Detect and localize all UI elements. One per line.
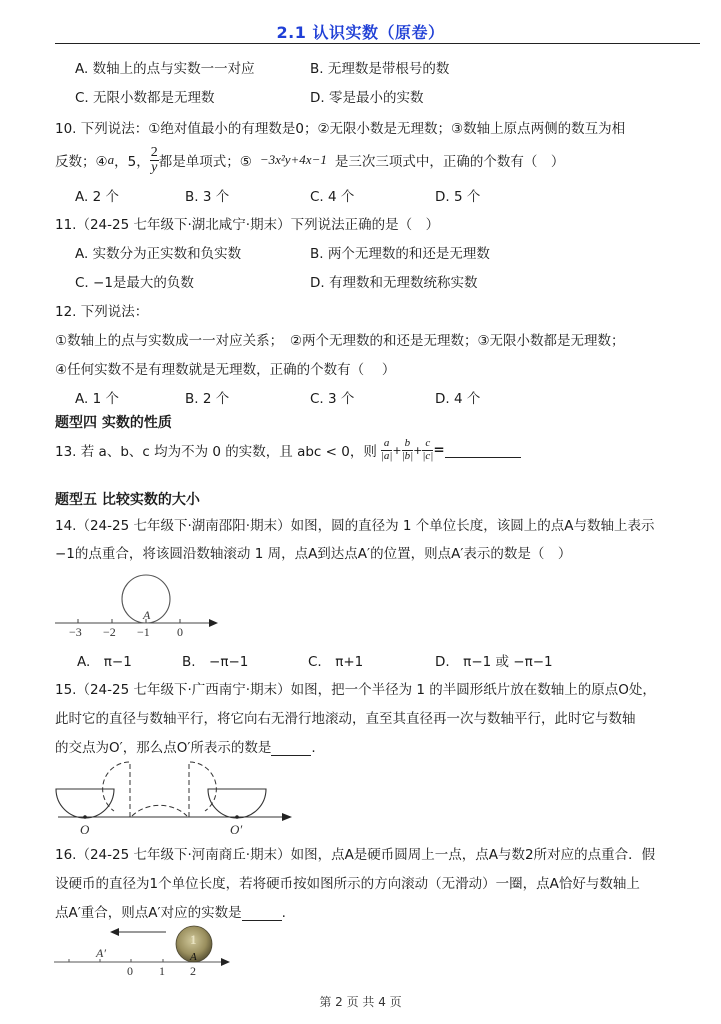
section-heading-4: 题型四 实数的性质 bbox=[55, 412, 172, 432]
q10-text-d: 是三次三项式中，正确的个数有（ ） bbox=[335, 150, 565, 170]
q10-fraction: 2 y bbox=[150, 146, 159, 175]
svg-text:A′: A′ bbox=[95, 946, 106, 960]
q13-text: 13. 若 a、b、c 均为不为 0 的实数，且 abc < 0，则 bbox=[55, 440, 377, 460]
q15-answer-blank[interactable] bbox=[271, 741, 311, 756]
arrow-icon bbox=[221, 958, 230, 966]
svg-text:−1: −1 bbox=[137, 625, 150, 639]
q12-option-c: C. 3 个 bbox=[310, 387, 354, 407]
q9-option-b: B. 无理数是带根号的数 bbox=[310, 57, 449, 77]
header-divider bbox=[55, 43, 700, 44]
q16-line1: 16.（24-25 七年级下·河南商丘·期末）如图，点A是硬币圆周上一点，点A与… bbox=[55, 843, 655, 863]
q15-line2: 此时它的直径与数轴平行，将它向右无滑行地滚动，直至其直径再一次与数轴平行，此时它… bbox=[55, 707, 636, 727]
q11-option-a: A. 实数分为正实数和负实数 bbox=[75, 242, 241, 262]
q14-number-line-figure: −3 −2 −1 0 A bbox=[50, 572, 230, 640]
q9-option-d: D. 零是最小的实数 bbox=[310, 86, 423, 106]
q10-option-b: B. 3 个 bbox=[185, 185, 229, 205]
q14-option-b: B. −π−1 bbox=[182, 650, 248, 670]
svg-text:−3: −3 bbox=[69, 625, 82, 639]
q12-line3: ④任何实数不是有理数就是无理数，正确的个数有（ ） bbox=[55, 358, 395, 378]
q12-line2: ①数轴上的点与实数成一一对应关系； ②两个无理数的和还是无理数；③无限小数都是无… bbox=[55, 329, 625, 349]
arrow-icon bbox=[282, 813, 292, 821]
q10-text-b: ，5， bbox=[114, 150, 150, 170]
q10-text-c: 都是单项式；⑤ bbox=[159, 150, 252, 170]
svg-text:O′: O′ bbox=[230, 822, 242, 836]
q16-coin-figure: 1 A′ A 0 1 2 bbox=[52, 922, 237, 977]
q13-fraction-c: c |c| bbox=[422, 438, 433, 462]
q15-semicircle-figure: O O′ bbox=[52, 758, 292, 836]
q10-option-d: D. 5 个 bbox=[435, 185, 480, 205]
q13-fraction-b: b |b| bbox=[402, 438, 414, 462]
q13-answer-blank[interactable] bbox=[445, 443, 521, 458]
q14-line1: 14.（24-25 七年级下·湖南邵阳·期末）如图，圆的直径为 1 个单位长度，… bbox=[55, 514, 654, 534]
q14-option-a: A. π−1 bbox=[77, 650, 132, 670]
q11-option-c: C. −1是最大的负数 bbox=[75, 271, 194, 291]
svg-text:−2: −2 bbox=[103, 625, 116, 639]
q11-option-b: B. 两个无理数的和还是无理数 bbox=[310, 242, 490, 262]
q10-line2: 反数；④ a ，5， 2 y 都是单项式；⑤ −3x²y+4x−1 是三次三项式… bbox=[55, 142, 564, 178]
arrow-icon bbox=[209, 619, 218, 627]
q12-option-d: D. 4 个 bbox=[435, 387, 480, 407]
q10-text-a: 反数；④ bbox=[55, 150, 108, 170]
q10-option-c: C. 4 个 bbox=[310, 185, 354, 205]
q13-fraction-a: a |a| bbox=[381, 438, 393, 462]
q14-option-d: D. π−1 或 −π−1 bbox=[435, 650, 553, 670]
document-title: 2.1 认识实数（原卷） bbox=[0, 20, 721, 43]
q10-expression: −3x²y+4x−1 bbox=[260, 152, 327, 168]
q16-line3: 点A′重合，则点A′对应的实数是 . bbox=[55, 901, 286, 921]
q14-option-c: C. π+1 bbox=[308, 650, 363, 670]
q16-answer-blank[interactable] bbox=[242, 906, 282, 921]
q12-line1: 12. 下列说法： bbox=[55, 300, 148, 320]
svg-text:A: A bbox=[189, 951, 197, 963]
svg-text:2: 2 bbox=[190, 964, 196, 977]
q9-option-c: C. 无限小数都是无理数 bbox=[75, 86, 215, 106]
section-heading-5: 题型五 比较实数的大小 bbox=[55, 489, 200, 509]
q16-line2: 设硬币的直径为1个单位长度，若将硬币按如图所示的方向滚动（无滑动）一圈，点A恰好… bbox=[55, 872, 640, 892]
q10-option-a: A. 2 个 bbox=[75, 185, 119, 205]
q13-line: 13. 若 a、b、c 均为不为 0 的实数，且 abc < 0，则 a |a|… bbox=[55, 432, 521, 468]
svg-text:0: 0 bbox=[177, 625, 183, 639]
q14-line2: −1的点重合，将该圆沿数轴滚动 1 周，点A到达点A′的位置，则点A′表示的数是… bbox=[55, 542, 571, 562]
svg-text:1: 1 bbox=[159, 964, 165, 977]
q12-option-a: A. 1 个 bbox=[75, 387, 119, 407]
svg-text:1: 1 bbox=[190, 932, 197, 947]
page-number: 第 2 页 共 4 页 bbox=[0, 993, 721, 1010]
svg-text:O: O bbox=[80, 822, 90, 836]
q11-line1: 11.（24-25 七年级下·湖北咸宁·期末）下列说法正确的是（ ） bbox=[55, 213, 439, 233]
svg-text:0: 0 bbox=[127, 964, 133, 977]
q9-option-a: A. 数轴上的点与实数一一对应 bbox=[75, 57, 255, 77]
q15-line3: 的交点为O′，那么点O′所表示的数是 . bbox=[55, 736, 316, 756]
q11-option-d: D. 有理数和无理数统称实数 bbox=[310, 271, 477, 291]
q10-line1: 10. 下列说法：①绝对值最小的有理数是0；②无限小数是无理数；③数轴上原点两侧… bbox=[55, 117, 625, 137]
svg-text:A: A bbox=[142, 608, 151, 622]
arrow-left-icon bbox=[110, 928, 119, 936]
q12-option-b: B. 2 个 bbox=[185, 387, 229, 407]
q15-line1: 15.（24-25 七年级下·广西南宁·期末）如图，把一个半径为 1 的半圆形纸… bbox=[55, 678, 656, 698]
